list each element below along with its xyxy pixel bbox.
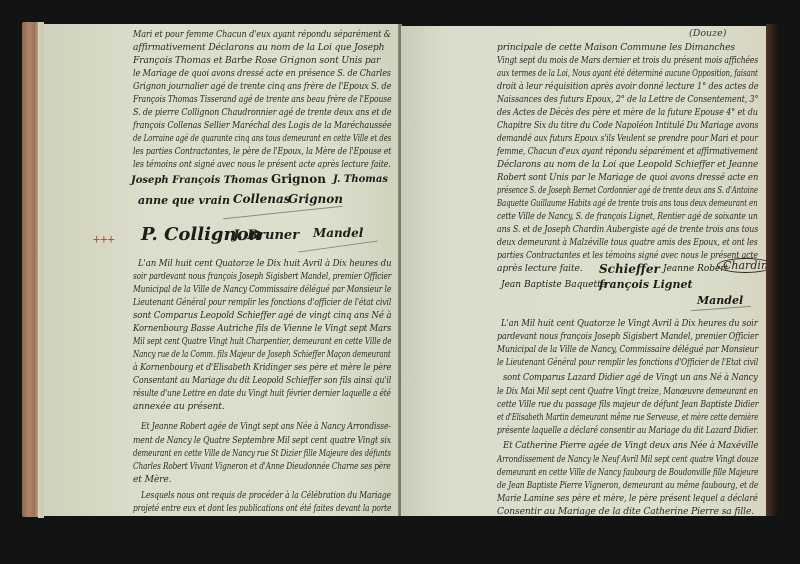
text-line: Chapitre Six du titre du Code Napoléon I… bbox=[497, 120, 758, 132]
text-line: sont Comparus Leopold Schieffer agé de v… bbox=[133, 310, 391, 322]
text-line: le Dix Mai Mil sept cent Quatre Vingt tr… bbox=[497, 386, 758, 398]
open-register-book: Mari et pour femme Chacun d'eux ayant ré… bbox=[0, 0, 800, 564]
text-line: Déclarons au nom de la Loi que Leopold S… bbox=[497, 159, 758, 171]
margin-cross-mark: +++ bbox=[93, 232, 115, 246]
signature: Mandel bbox=[313, 226, 363, 240]
signature: J. Bruner bbox=[233, 228, 299, 243]
text-line: Lieutenant Général pour remplir les fonc… bbox=[133, 297, 391, 309]
text-line: droit à leur réquisition après avoir don… bbox=[497, 81, 758, 93]
signature: anne que vrain bbox=[138, 194, 230, 207]
signature-flourish bbox=[298, 240, 377, 252]
text-line: Mari et pour femme Chacun d'eux ayant ré… bbox=[133, 29, 391, 41]
text-line: Et Catherine Pierre agée de Vingt deux a… bbox=[503, 440, 758, 452]
text-line: Consentant au Mariage du dit Leopold Sch… bbox=[133, 375, 391, 387]
text-line: cette Ville de Nancy, S. de françois Lig… bbox=[497, 211, 758, 223]
signature: J. Thomas bbox=[333, 174, 388, 185]
text-line: Naissances des futurs Epoux, 2° de la Le… bbox=[497, 94, 758, 106]
text-line: François Thomas et Barbe Rose Grignon so… bbox=[133, 55, 380, 67]
text-line: résulte d'une Lettre en date du Vingt hu… bbox=[133, 388, 391, 400]
text-line: Charles Robert Vivant Vigneron et d'Anne… bbox=[133, 461, 391, 473]
text-line: Arrondissement de Nancy le Neuf Avril Mi… bbox=[497, 454, 758, 466]
text-line: cette Ville rue du passage fils majeur d… bbox=[497, 399, 758, 411]
text-line: Lesquels nous ont requis de procéder à l… bbox=[141, 490, 391, 502]
text-line: Consentir au Mariage de la dite Catherin… bbox=[497, 506, 754, 518]
text-line: Municipal de la Ville de Nancy Commissai… bbox=[133, 284, 391, 296]
text-line: Marie Lamine ses père et mère, le père p… bbox=[497, 493, 758, 505]
text-line: de Lorraine agé de quarante cinq ans tou… bbox=[133, 133, 391, 145]
text-line: femme, Chacun d'eux ayant répondu séparé… bbox=[497, 146, 758, 158]
text-line: L'an Mil huit cent Quatorze le Dix huit … bbox=[138, 258, 391, 270]
text-line: ment de Nancy le Quatre Septembre Mil se… bbox=[133, 435, 391, 447]
text-line: le Mariage de quoi avons dressé acte en … bbox=[133, 68, 391, 80]
text-line: aux termes de la Loi, Nous ayant été dét… bbox=[497, 68, 758, 80]
text-line: Grignon journalier agé de trente cinq an… bbox=[133, 81, 391, 93]
text-line: Robert sont Unis par le Mariage de quoi … bbox=[497, 172, 758, 184]
signature: Mandel bbox=[697, 294, 743, 307]
text-line: pardevant nous françois Joseph Sigisbert… bbox=[497, 331, 758, 343]
signature: Collenas bbox=[233, 192, 291, 206]
text-line: deux demeurant à Malzéville tous quatre … bbox=[497, 237, 758, 249]
text-line: et Mère. bbox=[133, 474, 171, 486]
page-number-note: (Douze) bbox=[689, 28, 727, 39]
text-line: S. de pierre Collignon Chaudronnier agé … bbox=[133, 107, 391, 119]
text-line: présence S. de Joseph Bernet Cordonnier … bbox=[497, 185, 758, 197]
text-line: Mil sept cent Quatre Vingt huit Charpent… bbox=[133, 336, 391, 348]
text-line: L'an Mil huit cent Quatorze le Vingt Avr… bbox=[501, 318, 758, 330]
right-page: (Douze) principale de cette Maison Commu… bbox=[401, 26, 766, 516]
signature: Jean Baptiste Baquette bbox=[501, 280, 606, 290]
signature-flourish bbox=[223, 206, 342, 220]
text-line: et d'Elisabeth Martin demeurant même rue… bbox=[497, 412, 758, 424]
text-line: Nancy rue de la Comm. fils Majeur de Jos… bbox=[133, 349, 391, 361]
signature: Grignon bbox=[288, 192, 343, 206]
text-line: les témoins ont signé avec nous le prése… bbox=[133, 159, 391, 171]
signature: Schieffer bbox=[599, 262, 660, 276]
text-line: des Actes de Décès des père et mère de l… bbox=[497, 107, 758, 119]
text-line: à Kornenbourg et d'Elisabeth Kridinger s… bbox=[133, 362, 391, 374]
text-line: Kornenbourg Basse Autriche fils de Vienn… bbox=[133, 323, 391, 335]
text-line: après lecture faite. bbox=[497, 263, 583, 275]
text-line: Vingt sept du mois de Mars dernier et tr… bbox=[497, 55, 758, 67]
text-line: Et Jeanne Robert agée de Vingt sept ans … bbox=[141, 421, 391, 433]
text-line: annexée au présent. bbox=[133, 401, 225, 413]
right-cover-edge bbox=[766, 24, 778, 516]
text-line: Baquette Guillaume Habits agé de trente … bbox=[497, 198, 757, 210]
text-line: François Thomas Tisserand agé de trente … bbox=[133, 94, 391, 106]
text-line: projeté entre eux et dont les publicatio… bbox=[133, 503, 391, 515]
signature: françois Lignet bbox=[599, 278, 693, 291]
text-line: soir pardevant nous françois Joseph Sigi… bbox=[133, 271, 391, 283]
text-line: demeurant en cette Ville de Nancy faubou… bbox=[497, 467, 758, 479]
text-line: présente laquelle a déclaré consentir au… bbox=[497, 425, 758, 437]
text-line: affirmativement Déclarons au nom de la L… bbox=[133, 42, 384, 54]
text-line: de Jean Baptiste Pierre Vigneron, demeur… bbox=[497, 480, 758, 492]
text-line: Municipal de la Ville de Nancy, Commissa… bbox=[497, 344, 758, 356]
text-line: sont Comparus Lazard Didier agé de Vingt… bbox=[503, 372, 758, 384]
text-line: les parties Contractantes, le père de l'… bbox=[133, 146, 391, 158]
text-line: demandé aux futurs Epoux s'ils Veulent s… bbox=[497, 133, 758, 145]
text-line: parties Contractantes et les témoins sig… bbox=[497, 250, 758, 262]
text-line: ans S. et de Joseph Chardin Aubergiste a… bbox=[497, 224, 758, 236]
text-line: principale de cette Maison Commune les D… bbox=[497, 42, 735, 54]
signature: Joseph François Thomas bbox=[131, 175, 268, 186]
left-page: Mari et pour femme Chacun d'eux ayant ré… bbox=[43, 24, 399, 516]
text-line: françois Collenas Sellier Maréchal des L… bbox=[133, 120, 391, 132]
signature: Grignon bbox=[271, 172, 326, 186]
text-line: le Lieutenant Général pour remplir les f… bbox=[497, 357, 758, 369]
text-line: demeurant en cette Ville de Nancy rue St… bbox=[133, 448, 391, 460]
